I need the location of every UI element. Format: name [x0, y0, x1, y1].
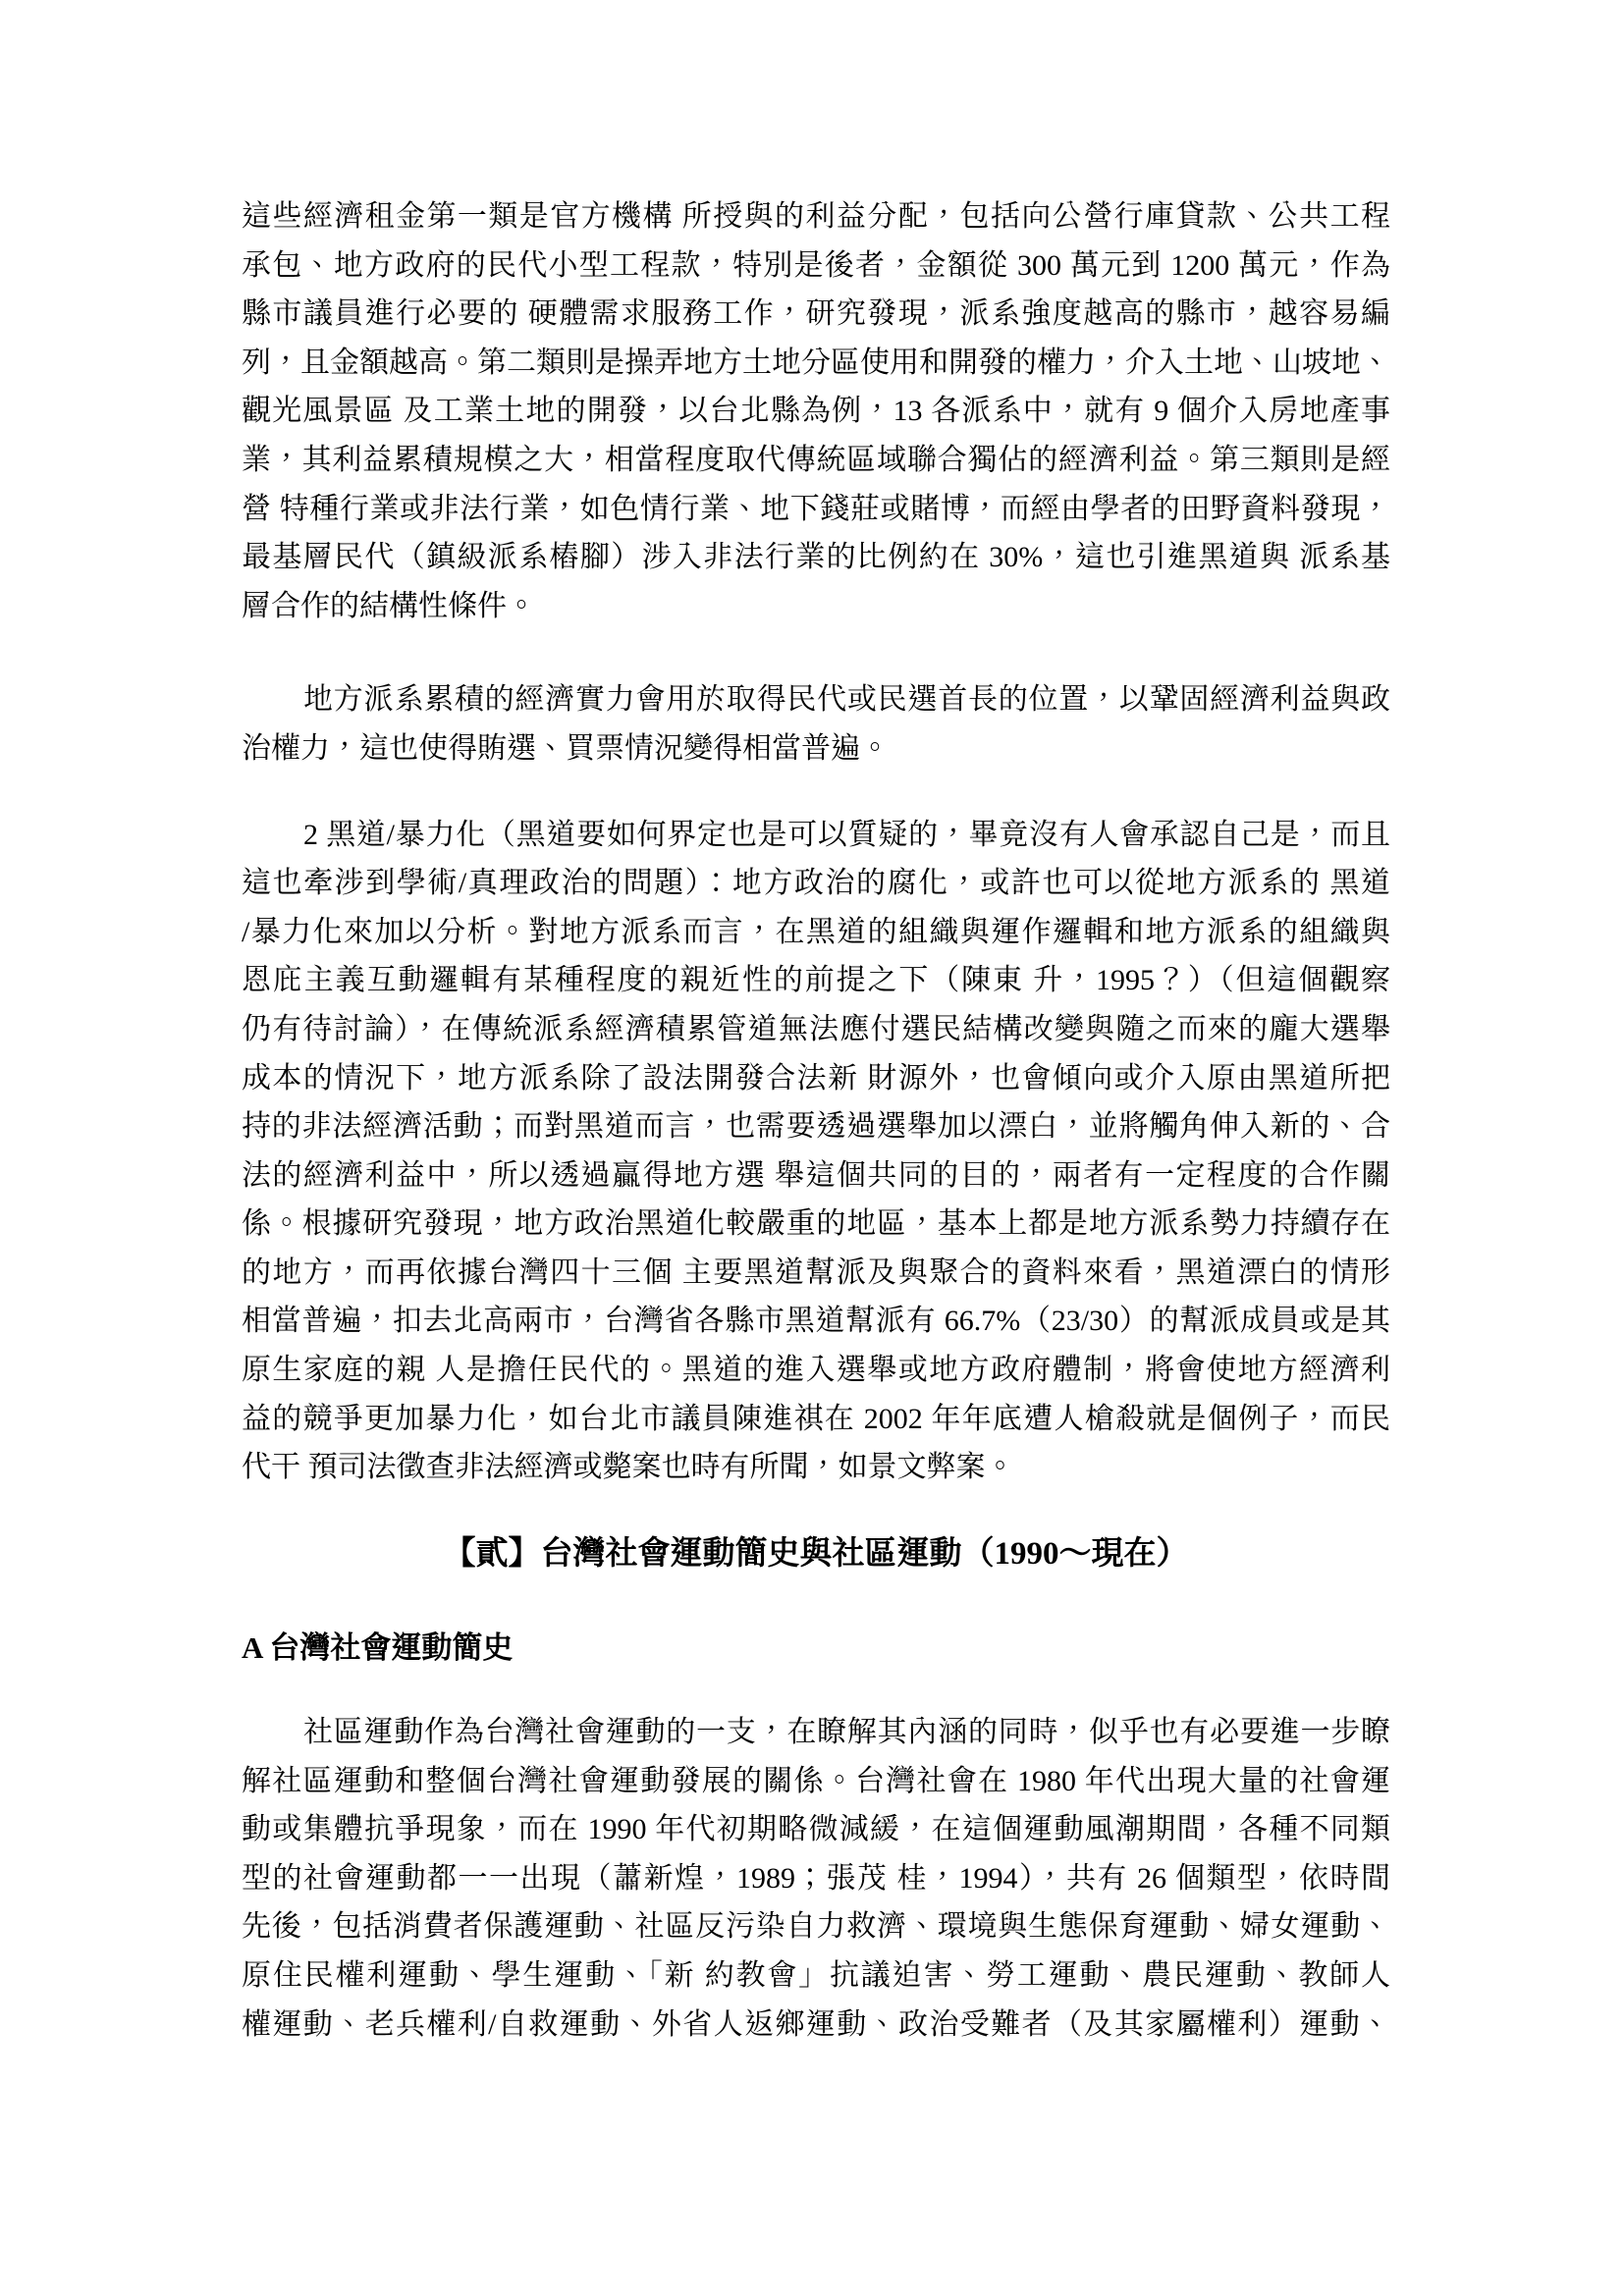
text-line: 這也牽涉到學術/真理政治的問題）：地方政治的腐化，或許也可以從地方派系的 黑道 [242, 859, 1390, 908]
paragraph-social-movement-history: 社區運動作為台灣社會運動的一支，在瞭解其內涵的同時，似乎也有必要進一步瞭 解社區… [242, 1708, 1390, 2049]
paragraph-faction-economy: 地方派系累積的經濟實力會用於取得民代或民選首長的位置，以鞏固經濟利益與政 治權力… [242, 675, 1390, 773]
text-line: 這些經濟租金第一類是官方機構 所授與的利益分配，包括向公營行庫貸款、公共工程 [242, 192, 1390, 241]
text-line: 社區運動作為台灣社會運動的一支，在瞭解其內涵的同時，似乎也有必要進一步瞭 [242, 1708, 1390, 1757]
text-line: 權運動、老兵權利/自救運動、外省人返鄉運動、政治受難者（及其家屬權利）運動、 [242, 2001, 1390, 2050]
paragraph-economic-rent: 這些經濟租金第一類是官方機構 所授與的利益分配，包括向公營行庫貸款、公共工程 承… [242, 192, 1390, 630]
text-line: 縣市議員進行必要的 硬體需求服務工作，研究發現，派系強度越高的縣市，越容易編 [242, 290, 1390, 339]
text-line: 地方派系累積的經濟實力會用於取得民代或民選首長的位置，以鞏固經濟利益與政 [242, 675, 1390, 724]
text-line: 先後，包括消費者保護運動、社區反污染自力救濟、環境與生態保育運動、婦女運動、 [242, 1902, 1390, 1951]
text-line: 持的非法經濟活動；而對黑道而言，也需要透過選舉加以漂白，並將觸角伸入新的、合 [242, 1102, 1390, 1151]
text-line: /暴力化來加以分析。對地方派系而言，在黑道的組織與運作邏輯和地方派系的組織與 [242, 908, 1390, 957]
text-line: 法的經濟利益中，所以透過贏得地方選 舉這個共同的目的，兩者有一定程度的合作關 [242, 1151, 1390, 1201]
text-line: 最基層民代（鎮級派系樁腳）涉入非法行業的比例約在 30%，這也引進黑道與 派系基 [242, 533, 1390, 582]
text-line: 代干 預司法徵查非法經濟或斃案也時有所聞，如景文弊案。 [242, 1443, 1390, 1492]
text-line: 治權力，這也使得賄選、買票情況變得相當普遍。 [242, 724, 1390, 774]
text-line: 係。根據研究發現，地方政治黑道化較嚴重的地區，基本上都是地方派系勢力持續存在 [242, 1200, 1390, 1249]
text-line: 相當普遍，扣去北高兩市，台灣省各縣市黑道幫派有 66.7%（23/30）的幫派成… [242, 1297, 1390, 1346]
text-line: 觀光風景區 及工業土地的開發，以台北縣為例，13 各派系中，就有 9 個介入房地… [242, 387, 1390, 436]
text-line: 業，其利益累積規模之大，相當程度取代傳統區域聯合獨佔的經濟利益。第三類則是經 [242, 436, 1390, 485]
document-body: 這些經濟租金第一類是官方機構 所授與的利益分配，包括向公營行庫貸款、公共工程 承… [242, 192, 1390, 2049]
text-line: 解社區運動和整個台灣社會運動發展的關係。台灣社會在 1980 年代出現大量的社會… [242, 1757, 1390, 1806]
text-line: 列，且金額越高。第二類則是操弄地方土地分區使用和開發的權力，介入土地、山坡地、 [242, 339, 1390, 388]
document-page: 這些經濟租金第一類是官方機構 所授與的利益分配，包括向公營行庫貸款、公共工程 承… [0, 0, 1624, 2296]
subsection-heading: A 台灣社會運動簡史 [242, 1624, 1390, 1673]
text-line: 型的社會運動都一一出現（蕭新煌，1989；張茂 桂，1994），共有 26 個類… [242, 1854, 1390, 1903]
text-line: 承包、地方政府的民代小型工程款，特別是後者，金額從 300 萬元到 1200 萬… [242, 241, 1390, 291]
text-line: 原生家庭的親 人是擔任民代的。黑道的進入選舉或地方政府體制，將會使地方經濟利 [242, 1346, 1390, 1395]
text-line: 原住民權利運動、學生運動、「新 約教會」抗議迫害、勞工運動、農民運動、教師人 [242, 1951, 1390, 2001]
text-line: 的地方，而再依據台灣四十三個 主要黑道幫派及與聚合的資料來看，黑道漂白的情形 [242, 1249, 1390, 1298]
text-line: 動或集體抗爭現象，而在 1990 年代初期略微減緩，在這個運動風潮期間，各種不同… [242, 1805, 1390, 1854]
text-line: 仍有待討論），在傳統派系經濟積累管道無法應付選民結構改變與隨之而來的龐大選舉 [242, 1005, 1390, 1054]
text-line: 營 特種行業或非法行業，如色情行業、地下錢莊或賭博，而經由學者的田野資料發現， [242, 485, 1390, 534]
section-heading: 【貳】台灣社會運動簡史與社區運動（1990～現在） [242, 1530, 1390, 1579]
paragraph-gangster-violence: 2 黑道/暴力化（黑道要如何界定也是可以質疑的，畢竟沒有人會承認自己是，而且 這… [242, 811, 1390, 1492]
text-line: 成本的情況下，地方派系除了設法開發合法新 財源外，也會傾向或介入原由黑道所把 [242, 1054, 1390, 1103]
text-line: 層合作的結構性條件。 [242, 582, 1390, 631]
text-line: 益的競爭更加暴力化，如台北市議員陳進祺在 2002 年年底遭人槍殺就是個例子，而… [242, 1395, 1390, 1444]
text-line: 2 黑道/暴力化（黑道要如何界定也是可以質疑的，畢竟沒有人會承認自己是，而且 [242, 811, 1390, 860]
text-line: 恩庇主義互動邏輯有某種程度的親近性的前提之下（陳東 升，1995？）（但這個觀察 [242, 956, 1390, 1005]
